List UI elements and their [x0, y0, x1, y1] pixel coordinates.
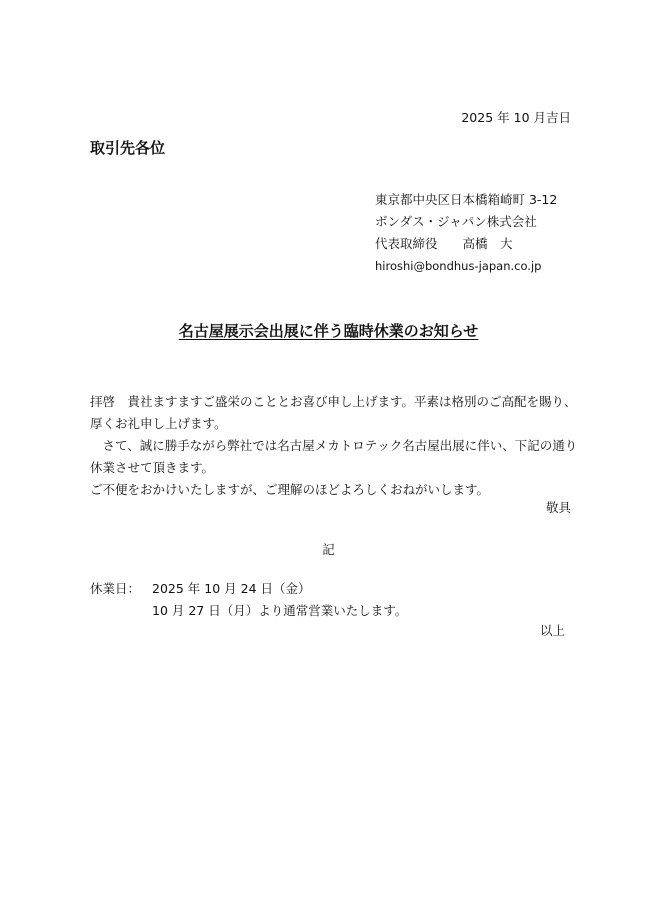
sender-address: 東京都中央区日本橋箱崎町 3-12 [375, 189, 557, 211]
holiday-date: 2025 年 10 月 24 日（金） [152, 578, 311, 600]
end-ijou: 以上 [540, 621, 565, 639]
holiday-indent [90, 600, 152, 622]
holiday-label: 休業日： [90, 578, 152, 600]
sender-company: ボンダス・ジャパン株式会社 [375, 211, 557, 233]
document-title-text: 名古屋展示会出展に伴う臨時休業のお知らせ [179, 322, 479, 340]
holiday-resume: 10 月 27 日（月）より通常営業いたします。 [152, 600, 407, 622]
body-text: 拝啓 貴社ますますご盛栄のこととお喜び申し上げます。平素は格別のご高配を賜り、厚… [90, 391, 578, 501]
sender-representative: 代表取締役 高橋 大 [375, 233, 557, 255]
sender-block: 東京都中央区日本橋箱崎町 3-12 ボンダス・ジャパン株式会社 代表取締役 高橋… [375, 189, 557, 277]
body-paragraph-greeting: 拝啓 貴社ますますご盛栄のこととお喜び申し上げます。平素は格別のご高配を賜り、厚… [90, 391, 578, 435]
body-paragraph-notice: さて、誠に勝手ながら弊社では名古屋メカトロテック名古屋出展に伴い、下記の通り休業… [90, 435, 578, 479]
ki-heading: 記 [0, 540, 657, 558]
body-paragraph-apology: ご不便をおかけいたしますが、ご理解のほどよろしくおねがいします。 [90, 479, 578, 501]
closing-keigu: 敬具 [546, 498, 571, 516]
document-page: 2025 年 10 月吉日 取引先各位 東京都中央区日本橋箱崎町 3-12 ボン… [0, 0, 657, 916]
recipient-heading: 取引先各位 [90, 137, 165, 158]
document-title: 名古屋展示会出展に伴う臨時休業のお知らせ [0, 320, 657, 341]
sender-email: hiroshi@bondhus-japan.co.jp [375, 255, 557, 277]
holiday-block: 休業日： 2025 年 10 月 24 日（金） 10 月 27 日（月）より通… [90, 578, 407, 622]
document-date: 2025 年 10 月吉日 [461, 108, 571, 126]
